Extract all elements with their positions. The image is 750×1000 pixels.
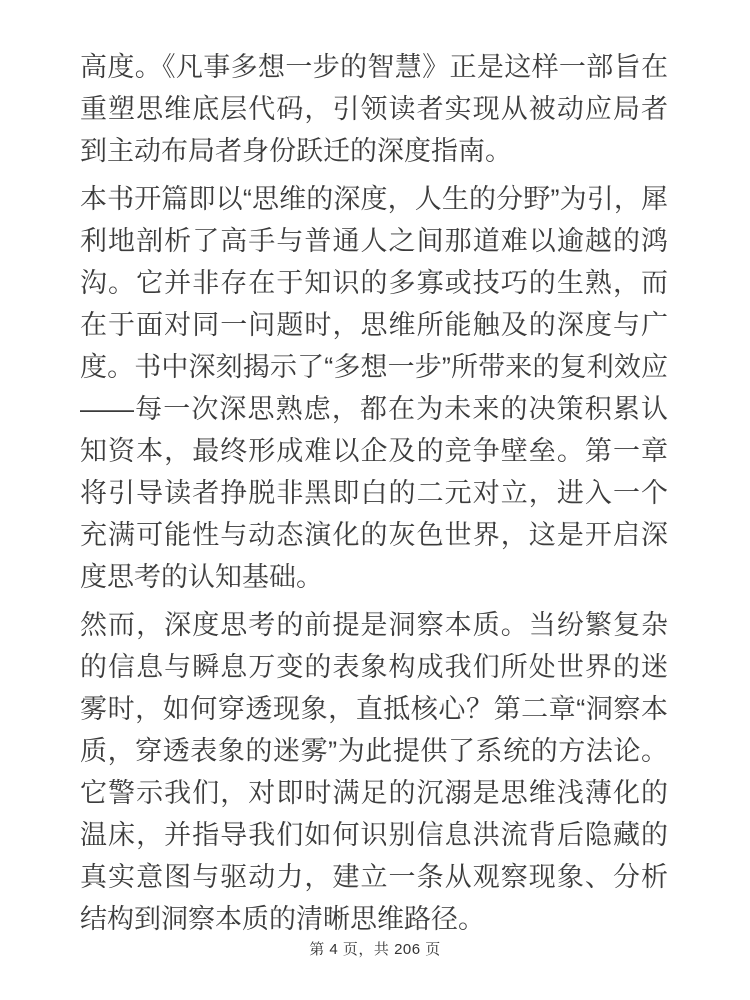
document-page: 高度。《凡事多想一步的智慧》正是这样一部旨在重塑思维底层代码，引领读者实现从被动…	[0, 0, 750, 1000]
paragraph-1: 高度。《凡事多想一步的智慧》正是这样一部旨在重塑思维底层代码，引领读者实现从被动…	[80, 46, 668, 172]
paragraph-2: 本书开篇即以“思维的深度，人生的分野”为引，犀利地剖析了高手与普通人之间那道难以…	[80, 178, 668, 598]
page-footer: 第 4 页，共 206 页	[0, 941, 750, 959]
page-indicator: 第 4 页，共 206 页	[309, 941, 441, 958]
paragraph-3: 然而，深度思考的前提是洞察本质。当纷繁复杂的信息与瞬息万变的表象构成我们所处世界…	[80, 604, 668, 940]
page-content: 高度。《凡事多想一步的智慧》正是这样一部旨在重塑思维底层代码，引领读者实现从被动…	[80, 46, 668, 946]
